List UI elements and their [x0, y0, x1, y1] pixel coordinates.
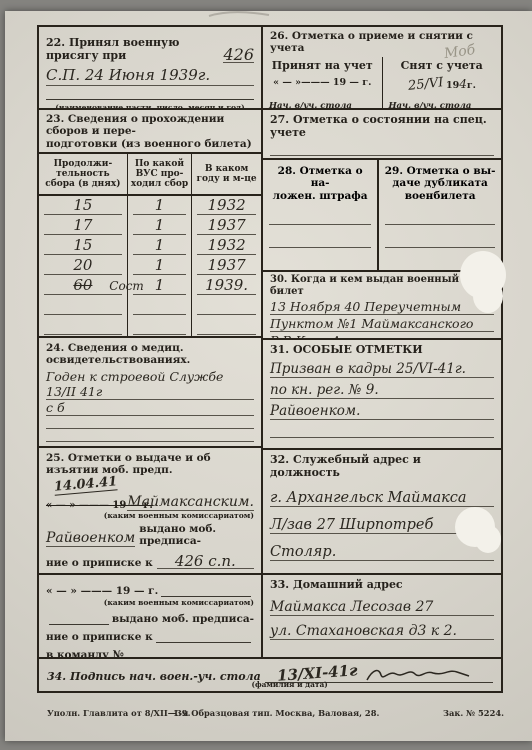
- table-row: 15 1 1932: [39, 236, 261, 256]
- assemblies-table-body: 15 1 1932 17 1 1937 15 1: [39, 196, 261, 336]
- oath-unit-handwriting: 426: [223, 49, 254, 63]
- cell-empty: [44, 314, 122, 315]
- blank-rule: [156, 632, 251, 643]
- home-address-handwriting-2: ул. Стахановская д3 к 2.: [270, 623, 457, 639]
- cell-duration: 15: [44, 198, 122, 215]
- deregistered-clerk-label: Нач. в/уч. стола: [389, 101, 496, 110]
- paper-sheet: 22. Принял военную присягу при 426 С.П. …: [5, 11, 532, 741]
- col-vus-header: По какой ВУС про- ходил сбор: [128, 154, 192, 194]
- section-23-training-assemblies: 23. Сведения о прохождении сборов и пере…: [39, 110, 261, 338]
- assemblies-title: 23. Сведения о прохождении сборов и пере…: [39, 110, 261, 154]
- fines-label: 28. Отметка о на- ложен. штрафа: [263, 160, 377, 202]
- deregistered-date: 25/VI194г.: [389, 77, 496, 92]
- section-mob-duplicate-block: « — » ——— 19 — г. (каким военным комисса…: [39, 575, 261, 657]
- oath-label: 22. Принял военную присягу при: [46, 37, 219, 63]
- mob-commissariat-handwriting: Маймаксанским.: [127, 494, 254, 511]
- mob-unit-handwriting: 426 с.п.: [157, 555, 254, 570]
- blank-rule: [270, 561, 494, 575]
- assemblies-table-header: Продолжи- тельность сбора (в днях) По ка…: [39, 154, 261, 196]
- special-marks-handwriting-1: Призван в кадры 25/VI-41г.: [270, 361, 466, 377]
- blank-rule: [49, 614, 109, 625]
- section-33-home-address: 33. Домашний адрес Маймакса Лесозав 27 у…: [263, 575, 501, 657]
- section-25-mobilization-orders: 25. Отметки о выдаче и об изъятии моб. п…: [39, 448, 261, 575]
- cell-empty: [197, 314, 256, 315]
- printed-19: 19: [446, 80, 459, 91]
- cell-vus: 1: [133, 198, 186, 215]
- signature-caption: (фамилия и дата): [252, 680, 328, 689]
- home-address-handwriting-1: Маймакса Лесозав 27: [270, 599, 433, 615]
- blank-rule: [385, 224, 495, 225]
- ticket-issue-handwriting-1: 13 Ноября 40 Переучетным: [270, 301, 461, 314]
- deregistered-title: Снят с учета: [389, 59, 496, 72]
- mob-org-handwriting: Райвоенком: [46, 530, 135, 547]
- special-register-label: 27. Отметка о состоянии на спец. учете: [270, 114, 494, 140]
- table-row: 17 1 1937: [39, 216, 261, 236]
- pencil-mark: [205, 7, 275, 21]
- cell-vus: 1: [133, 278, 186, 295]
- mob-commissariat-caption: (каким военным комиссариатом): [46, 511, 254, 520]
- mob-label: 25. Отметки о выдаче и об изъятии моб. п…: [46, 452, 254, 477]
- form-frame: 22. Принял военную присягу при 426 С.П. …: [37, 25, 503, 693]
- cell-year: 1937: [197, 258, 256, 275]
- section-34-signature: 34. Подпись нач. воен.-уч. стола 13/XI-4…: [39, 657, 501, 690]
- cell-year: 1932: [197, 198, 256, 215]
- blank-rule: [46, 429, 254, 442]
- blank-rule: [127, 650, 217, 657]
- special-marks-handwriting-2: по кн. рег. № 9.: [270, 382, 379, 398]
- cell-vus: 1: [133, 258, 186, 275]
- registered-clerk-label: Нач. в/уч. стола: [269, 101, 376, 110]
- special-marks-handwriting-3: Райвоенком.: [270, 403, 360, 419]
- blank-rule: [270, 420, 494, 438]
- duplicate-label: 29. Отметка о вы- даче дубликата военбил…: [379, 160, 501, 202]
- mob-date-handwriting: 14.04.41: [53, 474, 117, 495]
- cell-empty: [133, 314, 186, 315]
- table-row: 20 1 1937: [39, 256, 261, 276]
- blank-rule: [270, 438, 494, 450]
- registered-title: Принят на учет: [269, 59, 376, 72]
- table-row: 15 1 1932: [39, 196, 261, 216]
- section-26-registration: 26. Отметка о приеме и снятии с учета Пр…: [263, 27, 501, 110]
- work-address-handwriting-2: Л/зав 27 Ширпотреб: [270, 517, 433, 533]
- deregistered-year-handwriting: 4: [459, 77, 467, 91]
- imprint-right: Зак. № 5224.: [443, 708, 504, 718]
- scanned-military-record-page: 22. Принял военную присягу при 426 С.П. …: [0, 0, 532, 750]
- cell-empty: [133, 334, 186, 335]
- cell-duration: 17: [44, 218, 122, 235]
- section-28-29-fines-duplicate: 28. Отметка о на- ложен. штрафа 29. Отме…: [263, 160, 501, 272]
- blank-rule: [385, 247, 495, 248]
- special-marks-label: 31. ОСОБЫЕ ОТМЕТКИ: [270, 344, 494, 357]
- home-address-label: 33. Домашний адрес: [270, 579, 494, 592]
- oath-date-handwriting: С.П. 24 Июня 1939г.: [46, 66, 254, 86]
- blank-rule: [161, 586, 251, 597]
- registered-cell: Принят на учет « — »——— 19 — г. Нач. в/у…: [263, 57, 382, 110]
- cell-empty: [44, 334, 122, 335]
- imprint-left: Уполн. Главлита от 8/XII—39.: [47, 708, 190, 718]
- table-row: [39, 316, 261, 336]
- blank-rule: [270, 155, 494, 156]
- imprint-center: 1-я Образцовая тип. Москва, Валовая, 28.: [173, 708, 379, 718]
- blank-rule: [46, 416, 254, 429]
- cell-duration: 15: [44, 238, 122, 255]
- mob2-attach-label: ние о приписке к: [46, 631, 153, 643]
- medical-handwriting-1: Годен к строевой Службе 13/II 41г: [46, 369, 254, 399]
- paper-damage-blob: [475, 525, 501, 553]
- cell-vus: 1: [133, 218, 186, 235]
- mob2-issued-label: выдано моб. предписа-: [112, 613, 254, 625]
- table-row: 60Сост 1 1939.: [39, 276, 261, 296]
- medical-label: 24. Сведения о медиц. освидетельствовани…: [46, 342, 254, 367]
- section-27-special-register: 27. Отметка о состоянии на спец. учете: [263, 110, 501, 160]
- blank-rule: [46, 86, 254, 100]
- cell-duration: 20: [44, 258, 122, 275]
- work-address-label: 32. Служебный адрес и должность: [270, 454, 494, 480]
- left-column: 22. Принял военную присягу при 426 С.П. …: [39, 27, 261, 657]
- cell-year: 1932: [197, 238, 256, 255]
- deregistered-cell: Моб Снят с учета 25/VI194г. Нач. в/уч. с…: [382, 57, 502, 110]
- medical-handwriting-2: с б: [46, 400, 65, 415]
- section-31-special-marks: 31. ОСОБЫЕ ОТМЕТКИ Призван в кадры 25/VI…: [263, 340, 501, 450]
- mob2-printed-date: « — » ——— 19 — г.: [46, 585, 158, 597]
- blank-rule: [270, 640, 494, 657]
- oath-caption: (наименование части, число, месяц и год): [46, 103, 254, 110]
- printed-g: г.: [467, 80, 476, 91]
- section-28-fines: 28. Отметка о на- ложен. штрафа: [263, 160, 379, 270]
- deregistered-day-handwriting: 25/VI: [407, 75, 444, 94]
- blank-rule: [269, 224, 371, 225]
- signature-label: 34. Подпись нач. воен.-уч. стола: [47, 670, 261, 683]
- col-duration-header: Продолжи- тельность сбора (в днях): [39, 154, 128, 194]
- mob-attach-label: ние о приписке к: [46, 557, 153, 569]
- work-address-handwriting-1: г. Архангельск Маймакса: [270, 490, 467, 506]
- signature-scribble: [365, 666, 475, 684]
- mob2-team-label: в команду №: [46, 649, 124, 657]
- cell-duration-struck: 60: [73, 276, 92, 294]
- paper-damage-blob: [473, 279, 503, 313]
- right-column: 26. Отметка о приеме и снятии с учета Пр…: [261, 27, 501, 657]
- ticket-issue-handwriting-2: Пунктом №1 Маймаксанского: [270, 318, 473, 331]
- mob-issued-label: выдано моб. предписа-: [139, 523, 254, 547]
- section-22-oath: 22. Принял военную присягу при 426 С.П. …: [39, 27, 261, 110]
- work-address-handwriting-3: Столяр.: [270, 544, 336, 560]
- blank-rule: [269, 247, 371, 248]
- col-year-header: В каком году и м-це: [192, 154, 261, 194]
- cell-vus: 1: [133, 238, 186, 255]
- registered-date-blank: « — »——— 19 — г.: [269, 77, 376, 88]
- cell-year: 1939.: [197, 278, 256, 295]
- table-row: [39, 296, 261, 316]
- cell-empty: [197, 334, 256, 335]
- mob2-commissariat-caption: (каким военным комиссариатом): [46, 598, 254, 607]
- section-24-medical-examinations: 24. Сведения о медиц. освидетельствовани…: [39, 338, 261, 448]
- cell-year: 1937: [197, 218, 256, 235]
